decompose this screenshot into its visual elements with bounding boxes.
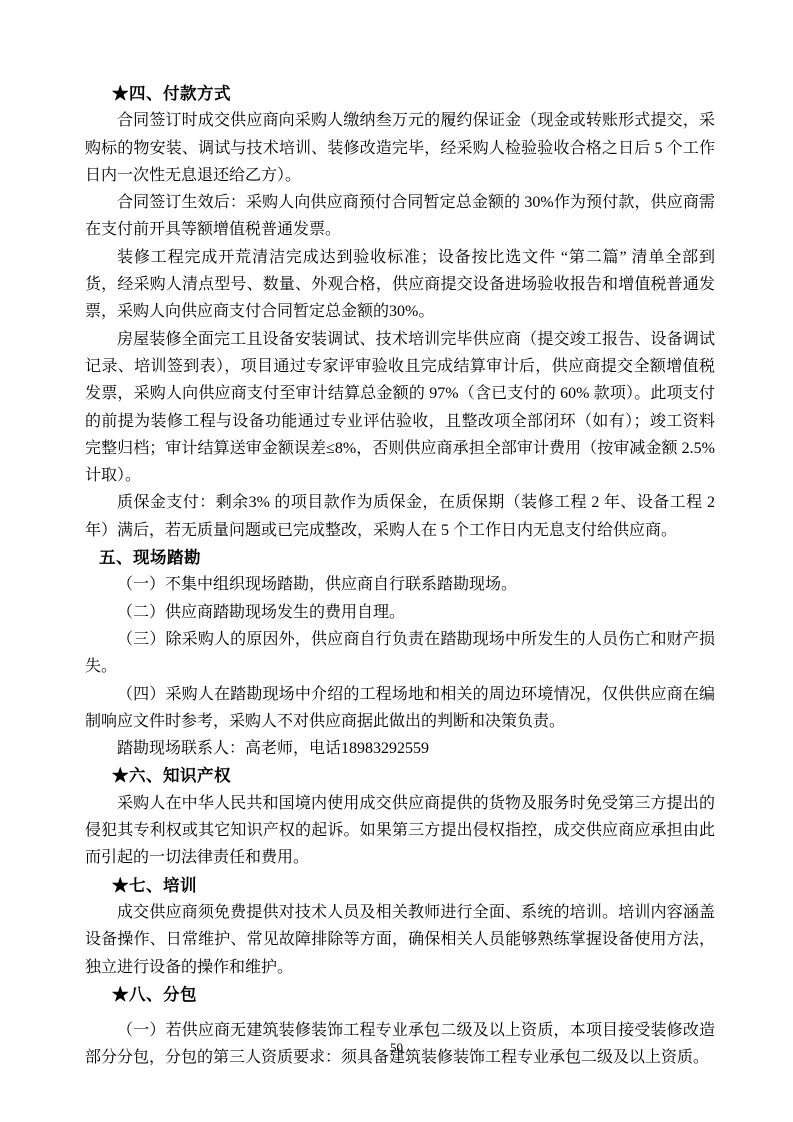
section-heading-site-survey: 五、现场踏勘 xyxy=(85,544,715,571)
list-item: （一）不集中组织现场踏勘，供应商自行联系踏勘现场。 xyxy=(85,571,715,598)
section-training: ★七、培训 成交供应商须免费提供对技术人员及相关教师进行全面、系统的培训。培训内… xyxy=(85,872,715,981)
paragraph: 质保金支付：剩余3% 的项目款作为质保金，在质保期（装修工程 2 年、设备工程 … xyxy=(85,489,715,544)
document-content: ★四、付款方式 合同签订时成交供应商向采购人缴纳叁万元的履约保证金（现金或转账形… xyxy=(85,80,715,1072)
page-number: 50 xyxy=(0,1040,793,1056)
section-heading-training: ★七、培训 xyxy=(85,872,715,899)
section-payment-terms: ★四、付款方式 合同签订时成交供应商向采购人缴纳叁万元的履约保证金（现金或转账形… xyxy=(85,80,715,544)
section-intellectual-property: ★六、知识产权 采购人在中华人民共和国境内使用成交供应商提供的货物及服务时免受第… xyxy=(85,762,715,871)
paragraph: 采购人在中华人民共和国境内使用成交供应商提供的货物及服务时免受第三方提出的侵犯其… xyxy=(85,790,715,872)
paragraph: 成交供应商须免费提供对技术人员及相关教师进行全面、系统的培训。培训内容涵盖设备操… xyxy=(85,899,715,981)
paragraph: 合同签订生效后：采购人向供应商预付合同暂定总金额的 30%作为预付款，供应商需在… xyxy=(85,189,715,244)
section-heading-payment: ★四、付款方式 xyxy=(85,80,715,107)
list-item: （二）供应商踏勘现场发生的费用自理。 xyxy=(85,599,715,626)
document-page: ★四、付款方式 合同签订时成交供应商向采购人缴纳叁万元的履约保证金（现金或转账形… xyxy=(0,0,793,1122)
paragraph: 合同签订时成交供应商向采购人缴纳叁万元的履约保证金（现金或转账形式提交，采购标的… xyxy=(85,107,715,189)
section-heading-subcontracting: ★八、分包 xyxy=(85,981,715,1008)
paragraph: 房屋装修全面完工且设备安装调试、技术培训完毕供应商（提交竣工报告、设备调试记录、… xyxy=(85,326,715,490)
section-site-survey: 五、现场踏勘 （一）不集中组织现场踏勘，供应商自行联系踏勘现场。 （二）供应商踏… xyxy=(85,544,715,762)
section-heading-ip: ★六、知识产权 xyxy=(85,762,715,789)
section-subcontracting: ★八、分包 （一）若供应商无建筑装修装饰工程专业承包二级及以上资质，本项目接受装… xyxy=(85,981,715,1072)
survey-contact-line: 踏勘现场联系人：高老师，电话18983292559 xyxy=(85,735,715,762)
list-item: （四）采购人在踏勘现场中介绍的工程场地和相关的周边环境情况，仅供供应商在编 制响… xyxy=(85,681,715,736)
paragraph: 装修工程完成开荒清洁完成达到验收标准；设备按比选文件 “第二篇” 清单全部到货，… xyxy=(85,244,715,326)
list-item: （三）除采购人的原因外，供应商自行负责在踏勘现场中所发生的人员伤亡和财产损 失。 xyxy=(85,626,715,681)
